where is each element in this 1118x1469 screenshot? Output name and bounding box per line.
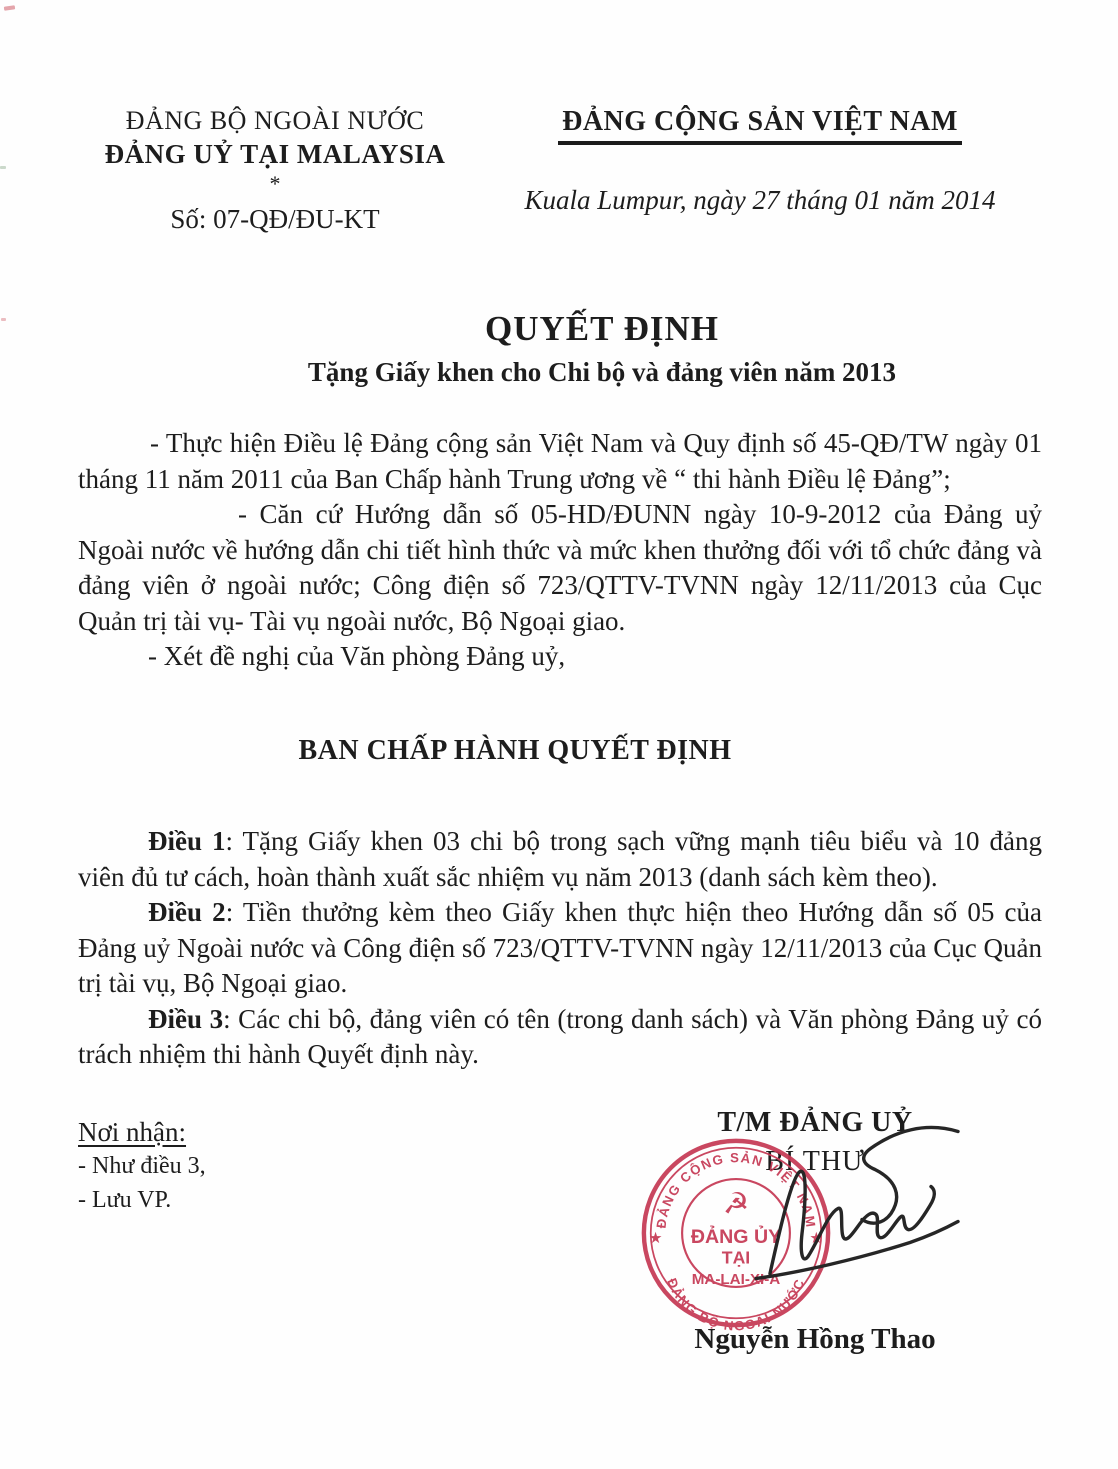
article-1-label: Điều 1 [148, 826, 226, 856]
recipients-block: Nơi nhận: - Như điều 3, - Lưu VP. [78, 1117, 206, 1216]
document-number: Số: 07-QĐ/ĐU-KT [80, 204, 470, 235]
national-header-block: ĐẢNG CỘNG SẢN VIỆT NAM Kuala Lumpur, ngà… [495, 106, 1025, 235]
recipient-item: - Lưu VP. [78, 1185, 206, 1216]
place-and-date: Kuala Lumpur, ngày 27 tháng 01 năm 2014 [495, 185, 1025, 216]
document-page: ĐẢNG BỘ NGOÀI NƯỚC ĐẢNG UỶ TẠI MALAYSIA … [0, 0, 1118, 1469]
star-icon: ★ [649, 1229, 663, 1246]
document-title: QUYẾT ĐỊNH [86, 309, 1118, 349]
document-footer: Nơi nhận: - Như điều 3, - Lưu VP. T/M ĐẢ… [0, 1113, 1118, 1453]
preamble-paragraph: - Thực hiện Điều lệ Đảng cộng sản Việt N… [78, 426, 1042, 497]
party-name-heading: ĐẢNG CỘNG SẢN VIỆT NAM [558, 106, 962, 145]
signature [690, 1121, 960, 1301]
preamble-paragraph: - Căn cứ Hướng dẫn số 05-HD/ĐUNN ngày 10… [78, 497, 1042, 639]
signature-stroke [862, 1127, 958, 1223]
article-3-text: : Các chi bộ, đảng viên có tên (trong da… [78, 1004, 1042, 1070]
org-parent-name: ĐẢNG BỘ NGOÀI NƯỚC [80, 106, 470, 136]
article-1: Điều 1: Tặng Giấy khen 03 chi bộ trong s… [78, 824, 1042, 895]
signer-name: Nguyễn Hồng Thao [640, 1323, 990, 1356]
org-name: ĐẢNG UỶ TẠI MALAYSIA [80, 139, 470, 170]
document-subtitle: Tặng Giấy khen cho Chi bộ và đảng viên n… [86, 357, 1118, 388]
article-3-label: Điều 3 [148, 1004, 223, 1034]
articles-section: Điều 1: Tặng Giấy khen 03 chi bộ trong s… [78, 824, 1042, 1073]
article-2: Điều 2: Tiền thưởng kèm theo Giấy khen t… [78, 895, 1042, 1002]
article-2-label: Điều 2 [148, 897, 226, 927]
decision-heading: BAN CHẤP HÀNH QUYẾT ĐỊNH [78, 733, 952, 769]
issuing-org-block: ĐẢNG BỘ NGOÀI NƯỚC ĐẢNG UỶ TẠI MALAYSIA … [80, 106, 470, 235]
title-block: QUYẾT ĐỊNH Tặng Giấy khen cho Chi bộ và … [0, 309, 1118, 388]
scan-artifact [0, 166, 6, 169]
article-3: Điều 3: Các chi bộ, đảng viên có tên (tr… [78, 1002, 1042, 1073]
scan-artifact [1, 318, 6, 321]
recipient-item: - Như điều 3, [78, 1151, 206, 1182]
document-body: - Thực hiện Điều lệ Đảng cộng sản Việt N… [78, 426, 1042, 1073]
recipients-heading: Nơi nhận: [78, 1117, 206, 1148]
document-header: ĐẢNG BỘ NGOÀI NƯỚC ĐẢNG UỶ TẠI MALAYSIA … [0, 0, 1118, 235]
star-separator: * [80, 174, 470, 194]
preamble-paragraph: - Xét đề nghị của Văn phòng Đảng uỷ, [78, 639, 1042, 675]
